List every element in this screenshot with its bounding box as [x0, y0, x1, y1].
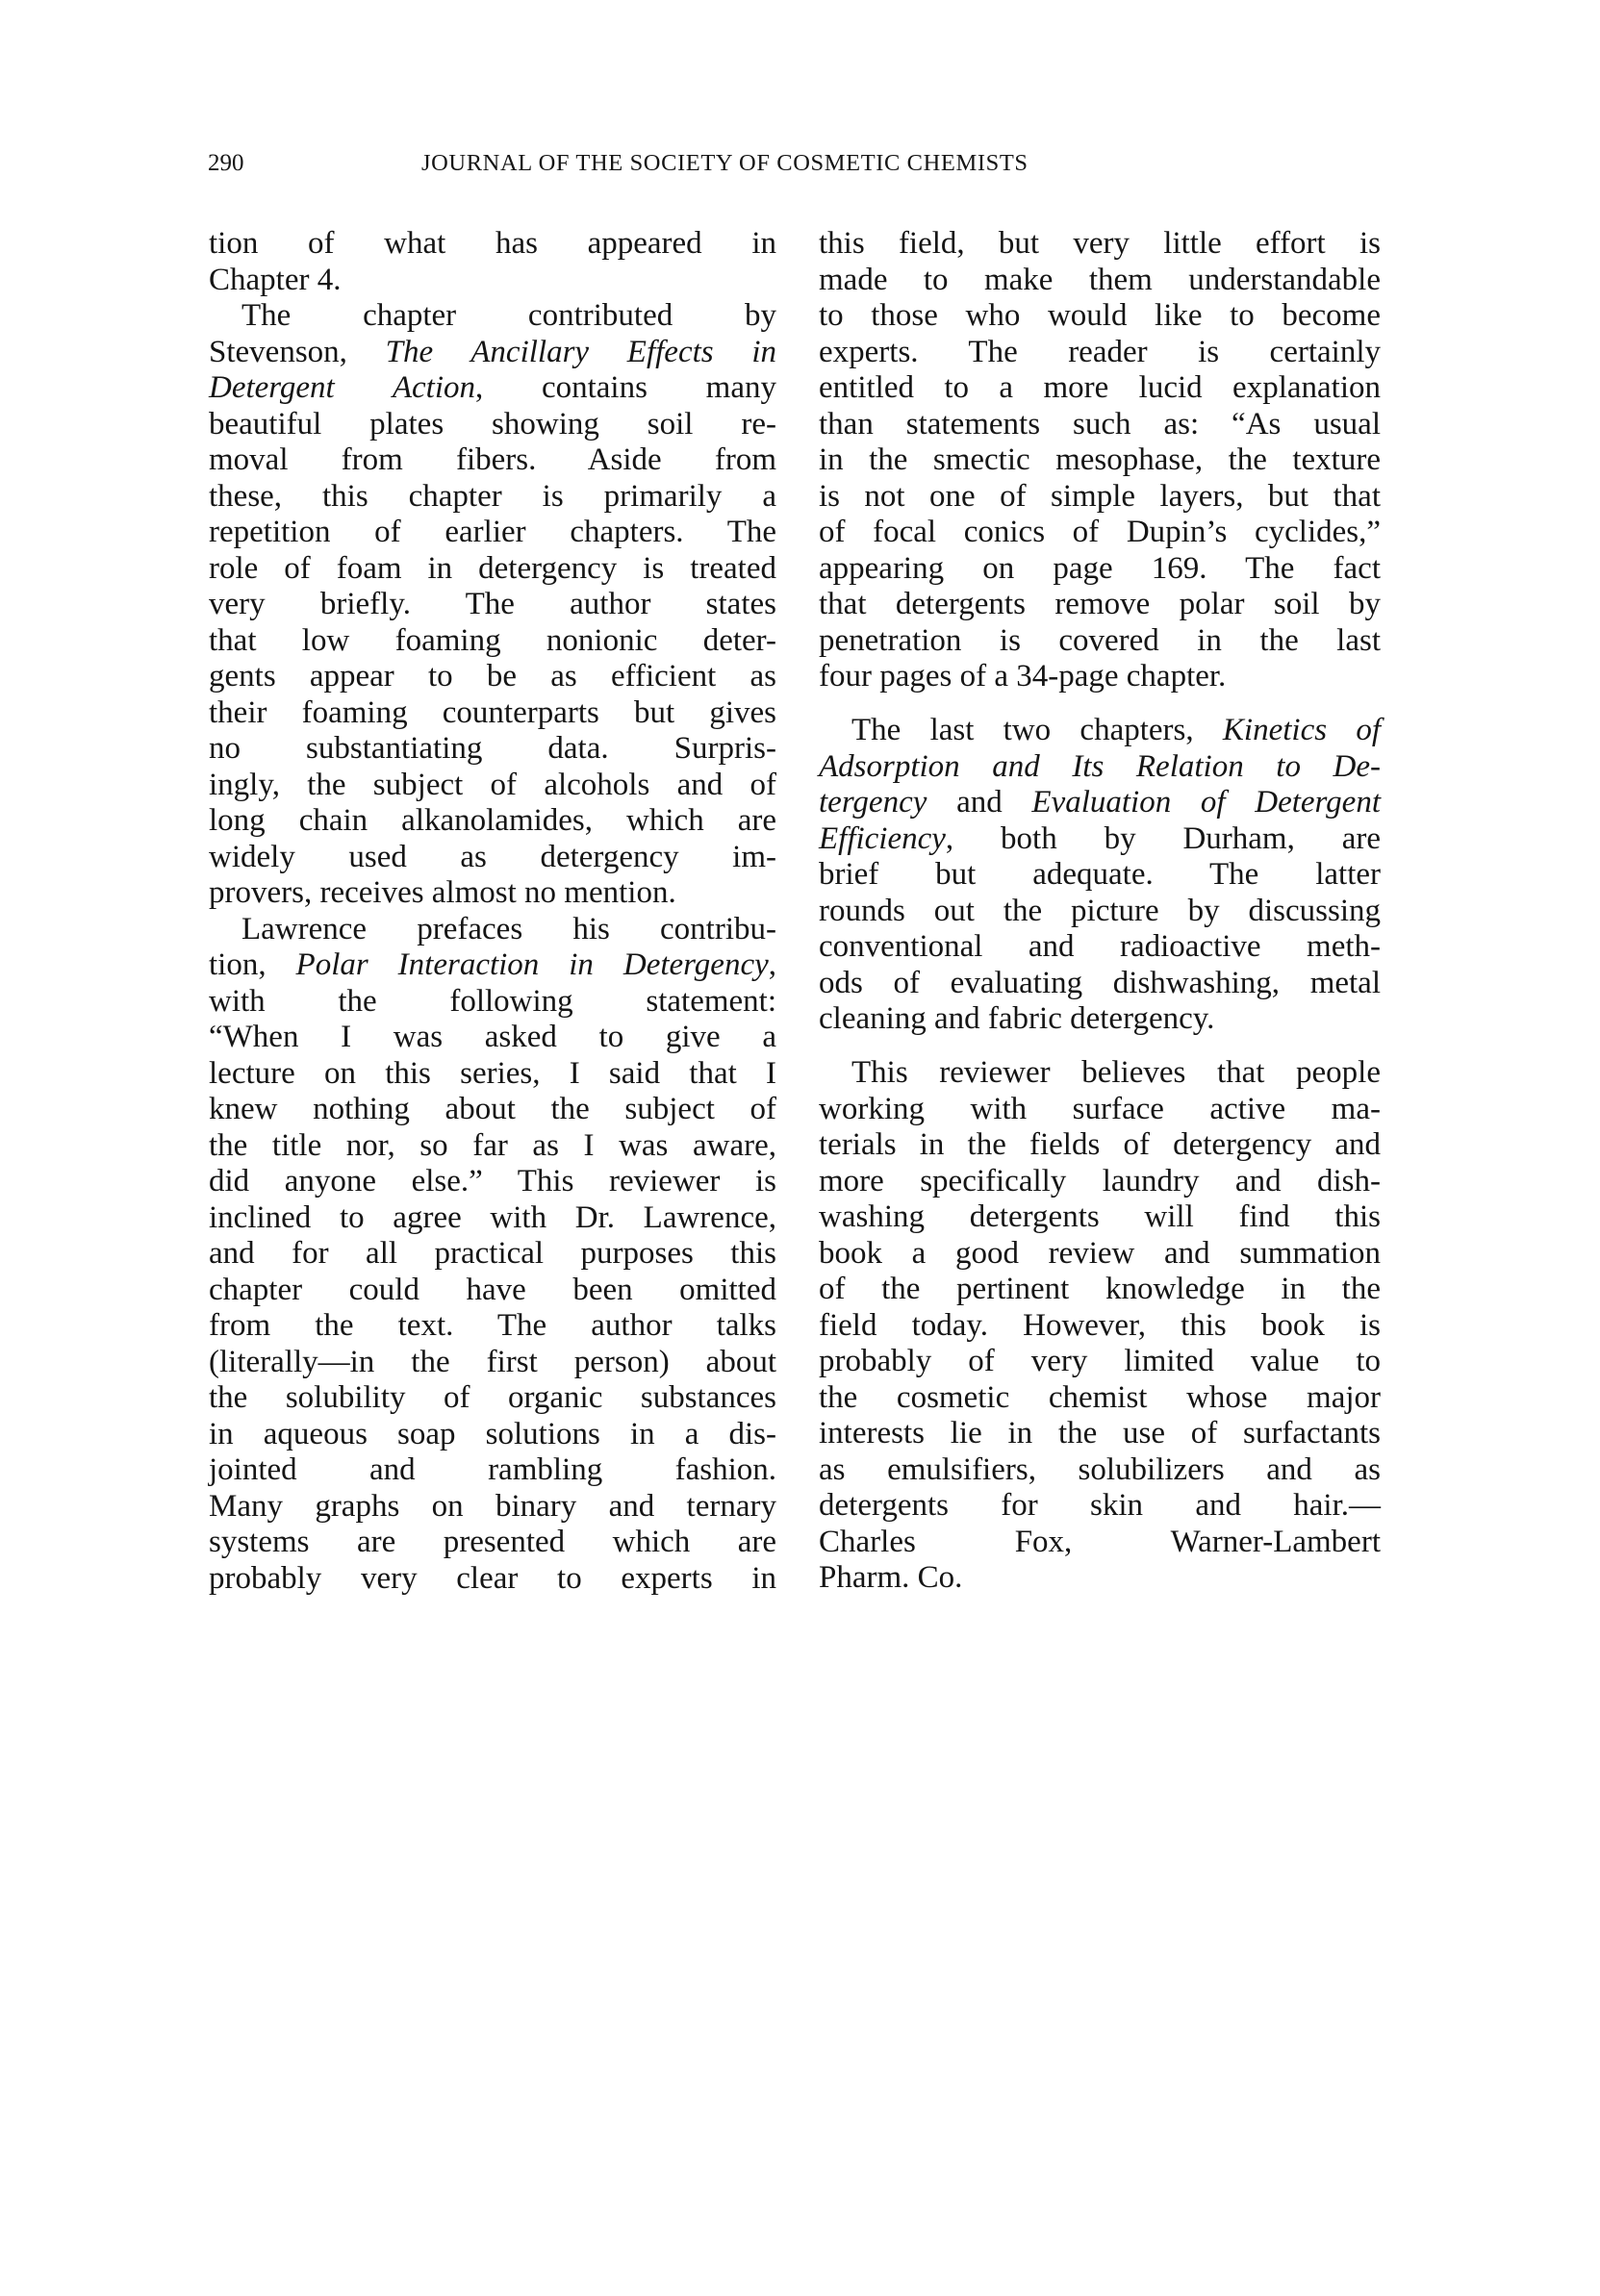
text-line: more specifically laundry and dish-	[819, 1164, 1381, 1200]
text-line: terials in the fields of detergency and	[819, 1127, 1381, 1164]
body-text: very briefly. The author states	[209, 587, 776, 621]
body-text: as emulsifiers, solubilizers and as	[819, 1452, 1381, 1487]
paragraph: The last two chapters, Kinetics ofAdsorp…	[819, 713, 1381, 1038]
text-column-left: tion of what has appeared inChapter 4.Th…	[209, 226, 776, 1597]
body-text: penetration is covered in the last	[819, 623, 1381, 658]
body-text: is not one of simple layers, but that	[819, 479, 1381, 514]
text-line: tion of what has appeared in	[209, 226, 776, 263]
italic-title-text: Evaluation of Detergent	[1031, 785, 1381, 820]
text-line: the cosmetic chemist whose major	[819, 1380, 1381, 1417]
text-line: very briefly. The author states	[209, 587, 776, 623]
text-line: long chain alkanolamides, which are	[209, 803, 776, 840]
body-text: made to make them understandable	[819, 263, 1381, 297]
body-text: four pages of a 34-page chapter.	[819, 659, 1226, 694]
text-line: The chapter contributed by	[209, 298, 776, 335]
text-line: is not one of simple layers, but that	[819, 479, 1381, 516]
text-line: in aqueous soap solutions in a dis-	[209, 1417, 776, 1453]
text-line: ingly, the subject of alcohols and of	[209, 768, 776, 804]
body-text: widely used as detergency im-	[209, 840, 776, 874]
body-text: beautiful plates showing soil re-	[209, 407, 776, 442]
body-text: inclined to agree with Dr. Lawrence,	[209, 1200, 776, 1235]
body-text: lecture on this series, I said that I	[209, 1056, 776, 1091]
italic-title-text: The Ancillary Effects in	[386, 335, 776, 369]
text-line: and for all practical purposes this	[209, 1236, 776, 1273]
text-line: working with surface active ma-	[819, 1092, 1381, 1128]
body-text: with the following statement:	[209, 984, 776, 1019]
text-line: rounds out the picture by discussing	[819, 894, 1381, 930]
body-text: rounds out the picture by discussing	[819, 894, 1381, 928]
body-text: The last two chapters,	[851, 713, 1223, 747]
body-text: Lawrence prefaces his contribu-	[241, 912, 776, 946]
body-text: Stevenson,	[209, 335, 386, 369]
body-text: tion,	[209, 947, 296, 982]
body-text: entitled to a more lucid explanation	[819, 370, 1381, 405]
page-number: 290	[208, 149, 244, 178]
body-text: from the text. The author talks	[209, 1308, 776, 1343]
text-line: provers, receives almost no mention.	[209, 875, 776, 912]
body-text: did anyone else.” This reviewer is	[209, 1164, 776, 1198]
body-text: Pharm. Co.	[819, 1560, 962, 1595]
text-line: gents appear to be as efficient as	[209, 659, 776, 695]
body-text: of focal conics of Dupin’s cyclides,”	[819, 515, 1381, 549]
text-line: with the following statement:	[209, 984, 776, 1021]
body-text: that detergents remove polar soil by	[819, 587, 1381, 621]
text-line: the solubility of organic substances	[209, 1380, 776, 1417]
text-line: the title nor, so far as I was aware,	[209, 1128, 776, 1165]
body-text: field today. However, this book is	[819, 1308, 1381, 1343]
text-line: Charles Fox, Warner-Lambert	[819, 1525, 1381, 1561]
body-text: This reviewer believes that people	[851, 1055, 1381, 1090]
text-line: jointed and rambling fashion.	[209, 1452, 776, 1489]
body-text: in aqueous soap solutions in a dis-	[209, 1417, 776, 1451]
body-text: repetition of earlier chapters. The	[209, 515, 776, 549]
text-line: did anyone else.” This reviewer is	[209, 1164, 776, 1200]
text-line: field today. However, this book is	[819, 1308, 1381, 1345]
text-line: Stevenson, The Ancillary Effects in	[209, 335, 776, 371]
body-text: conventional and radioactive meth-	[819, 929, 1381, 964]
text-column-right: this field, but very little effort ismad…	[819, 226, 1381, 1597]
text-line: of focal conics of Dupin’s cyclides,”	[819, 515, 1381, 551]
text-line: made to make them understandable	[819, 263, 1381, 299]
text-line: penetration is covered in the last	[819, 623, 1381, 660]
paragraph: This reviewer believes that peopleworkin…	[819, 1055, 1381, 1597]
text-line: than statements such as: “As usual	[819, 407, 1381, 443]
body-text: probably of very limited value to	[819, 1344, 1381, 1378]
text-line: Lawrence prefaces his contribu-	[209, 912, 776, 948]
italic-title-text: Kinetics of	[1223, 713, 1381, 747]
text-line: inclined to agree with Dr. Lawrence,	[209, 1200, 776, 1237]
body-text: more specifically laundry and dish-	[819, 1164, 1381, 1198]
body-text: terials in the fields of detergency and	[819, 1127, 1381, 1162]
text-line: washing detergents will find this	[819, 1199, 1381, 1236]
body-text: the cosmetic chemist whose major	[819, 1380, 1381, 1415]
text-line: This reviewer believes that people	[819, 1055, 1381, 1092]
text-line: Detergent Action, contains many	[209, 370, 776, 407]
body-text: (literally—in the first person) about	[209, 1345, 776, 1379]
text-line: The last two chapters, Kinetics of	[819, 713, 1381, 749]
body-text: that low foaming nonionic deter-	[209, 623, 776, 658]
text-line: four pages of a 34-page chapter.	[819, 659, 1381, 695]
body-text: of the pertinent knowledge in the	[819, 1272, 1381, 1306]
text-line: beautiful plates showing soil re-	[209, 407, 776, 443]
paragraph: The chapter contributed byStevenson, The…	[209, 298, 776, 912]
body-text: and for all practical purposes this	[209, 1236, 776, 1271]
paragraph: this field, but very little effort ismad…	[819, 226, 1381, 695]
text-line: detergents for skin and hair.—	[819, 1488, 1381, 1525]
body-text: tion of what has appeared in	[209, 226, 776, 261]
body-text: brief but adequate. The latter	[819, 857, 1381, 892]
body-text: washing detergents will find this	[819, 1199, 1381, 1234]
text-line: probably of very limited value to	[819, 1344, 1381, 1380]
text-line: these, this chapter is primarily a	[209, 479, 776, 516]
text-line: brief but adequate. The latter	[819, 857, 1381, 894]
text-line: Adsorption and Its Relation to De-	[819, 749, 1381, 786]
text-line: no substantiating data. Surpris-	[209, 731, 776, 768]
paragraph: tion of what has appeared inChapter 4.	[209, 226, 776, 298]
text-line: in the smectic mesophase, the texture	[819, 442, 1381, 479]
body-text: jointed and rambling fashion.	[209, 1452, 776, 1487]
italic-title-text: Polar Interaction in Detergency	[296, 947, 769, 982]
text-line: Chapter 4.	[209, 263, 776, 299]
body-text: these, this chapter is primarily a	[209, 479, 776, 514]
italic-title-text: Adsorption and Its Relation to De-	[819, 749, 1381, 784]
body-text: , contains many	[475, 370, 776, 405]
text-line: interests lie in the use of surfactants	[819, 1416, 1381, 1452]
text-line: knew nothing about the subject of	[209, 1092, 776, 1128]
text-line: that detergents remove polar soil by	[819, 587, 1381, 623]
body-text: long chain alkanolamides, which are	[209, 803, 776, 838]
text-line: chapter could have been omitted	[209, 1273, 776, 1309]
text-line: of the pertinent knowledge in the	[819, 1272, 1381, 1308]
body-text: in the smectic mesophase, the texture	[819, 442, 1381, 477]
text-line: moval from fibers. Aside from	[209, 442, 776, 479]
body-text: the title nor, so far as I was aware,	[209, 1128, 776, 1163]
body-text: , both by Durham, are	[946, 821, 1381, 856]
text-line: entitled to a more lucid explanation	[819, 370, 1381, 407]
text-line: appearing on page 169. The fact	[819, 551, 1381, 588]
text-line: ods of evaluating dishwashing, metal	[819, 966, 1381, 1002]
running-head: 290 JOURNAL OF THE SOCIETY OF COSMETIC C…	[208, 149, 1382, 182]
body-text: interests lie in the use of surfactants	[819, 1416, 1381, 1451]
text-line: tergency and Evaluation of Detergent	[819, 785, 1381, 821]
body-text: Chapter 4.	[209, 263, 341, 297]
body-text: this field, but very little effort is	[819, 226, 1381, 261]
text-line: (literally—in the first person) about	[209, 1345, 776, 1381]
text-line: that low foaming nonionic deter-	[209, 623, 776, 660]
body-text: the solubility of organic substances	[209, 1380, 776, 1415]
body-text: knew nothing about the subject of	[209, 1092, 776, 1126]
body-text: and	[927, 785, 1031, 820]
text-line: conventional and radioactive meth-	[819, 929, 1381, 966]
body-text: moval from fibers. Aside from	[209, 442, 776, 477]
body-text: experts. The reader is certainly	[819, 335, 1381, 369]
body-text: probably very clear to experts in	[209, 1561, 776, 1596]
body-text: “When I was asked to give a	[209, 1020, 776, 1054]
body-text: The chapter contributed by	[241, 298, 776, 333]
text-line: as emulsifiers, solubilizers and as	[819, 1452, 1381, 1489]
body-text: ingly, the subject of alcohols and of	[209, 768, 776, 802]
body-text: book a good review and summation	[819, 1236, 1381, 1271]
journal-title: JOURNAL OF THE SOCIETY OF COSMETIC CHEMI…	[421, 149, 1029, 178]
text-line: probably very clear to experts in	[209, 1561, 776, 1598]
body-text: provers, receives almost no mention.	[209, 875, 676, 910]
body-text: their foaming counterparts but gives	[209, 695, 776, 730]
italic-title-text: Efficiency	[819, 821, 946, 856]
text-line: “When I was asked to give a	[209, 1020, 776, 1056]
body-text: ods of evaluating dishwashing, metal	[819, 966, 1381, 1000]
paragraph: Lawrence prefaces his contribu-tion, Pol…	[209, 912, 776, 1598]
text-line: experts. The reader is certainly	[819, 335, 1381, 371]
text-line: from the text. The author talks	[209, 1308, 776, 1345]
body-text: chapter could have been omitted	[209, 1273, 776, 1307]
body-text: role of foam in detergency is treated	[209, 551, 776, 586]
text-line: repetition of earlier chapters. The	[209, 515, 776, 551]
body-text: no substantiating data. Surpris-	[209, 731, 776, 766]
text-line: widely used as detergency im-	[209, 840, 776, 876]
body-text: Many graphs on binary and ternary	[209, 1489, 776, 1524]
body-text: cleaning and fabric detergency.	[819, 1001, 1214, 1036]
text-line: Efficiency, both by Durham, are	[819, 821, 1381, 858]
italic-title-text: tergency	[819, 785, 927, 820]
body-text: gents appear to be as efficient as	[209, 659, 776, 694]
text-line: their foaming counterparts but gives	[209, 695, 776, 732]
text-line: tion, Polar Interaction in Detergency,	[209, 947, 776, 984]
body-text: Charles Fox, Warner-Lambert	[819, 1525, 1381, 1559]
text-line: systems are presented which are	[209, 1525, 776, 1561]
body-text: working with surface active ma-	[819, 1092, 1381, 1126]
text-line: this field, but very little effort is	[819, 226, 1381, 263]
body-text: ,	[769, 947, 776, 982]
text-line: Many graphs on binary and ternary	[209, 1489, 776, 1526]
text-line: lecture on this series, I said that I	[209, 1056, 776, 1093]
body-text: than statements such as: “As usual	[819, 407, 1381, 442]
text-line: book a good review and summation	[819, 1236, 1381, 1273]
text-line: to those who would like to become	[819, 298, 1381, 335]
body-text: detergents for skin and hair.—	[819, 1488, 1381, 1523]
body-text: to those who would like to become	[819, 298, 1381, 333]
text-line: cleaning and fabric detergency.	[819, 1001, 1381, 1038]
body-text: systems are presented which are	[209, 1525, 776, 1559]
text-line: role of foam in detergency is treated	[209, 551, 776, 588]
text-line: Pharm. Co.	[819, 1560, 1381, 1597]
body-text: appearing on page 169. The fact	[819, 551, 1381, 586]
italic-title-text: Detergent Action	[209, 370, 475, 405]
